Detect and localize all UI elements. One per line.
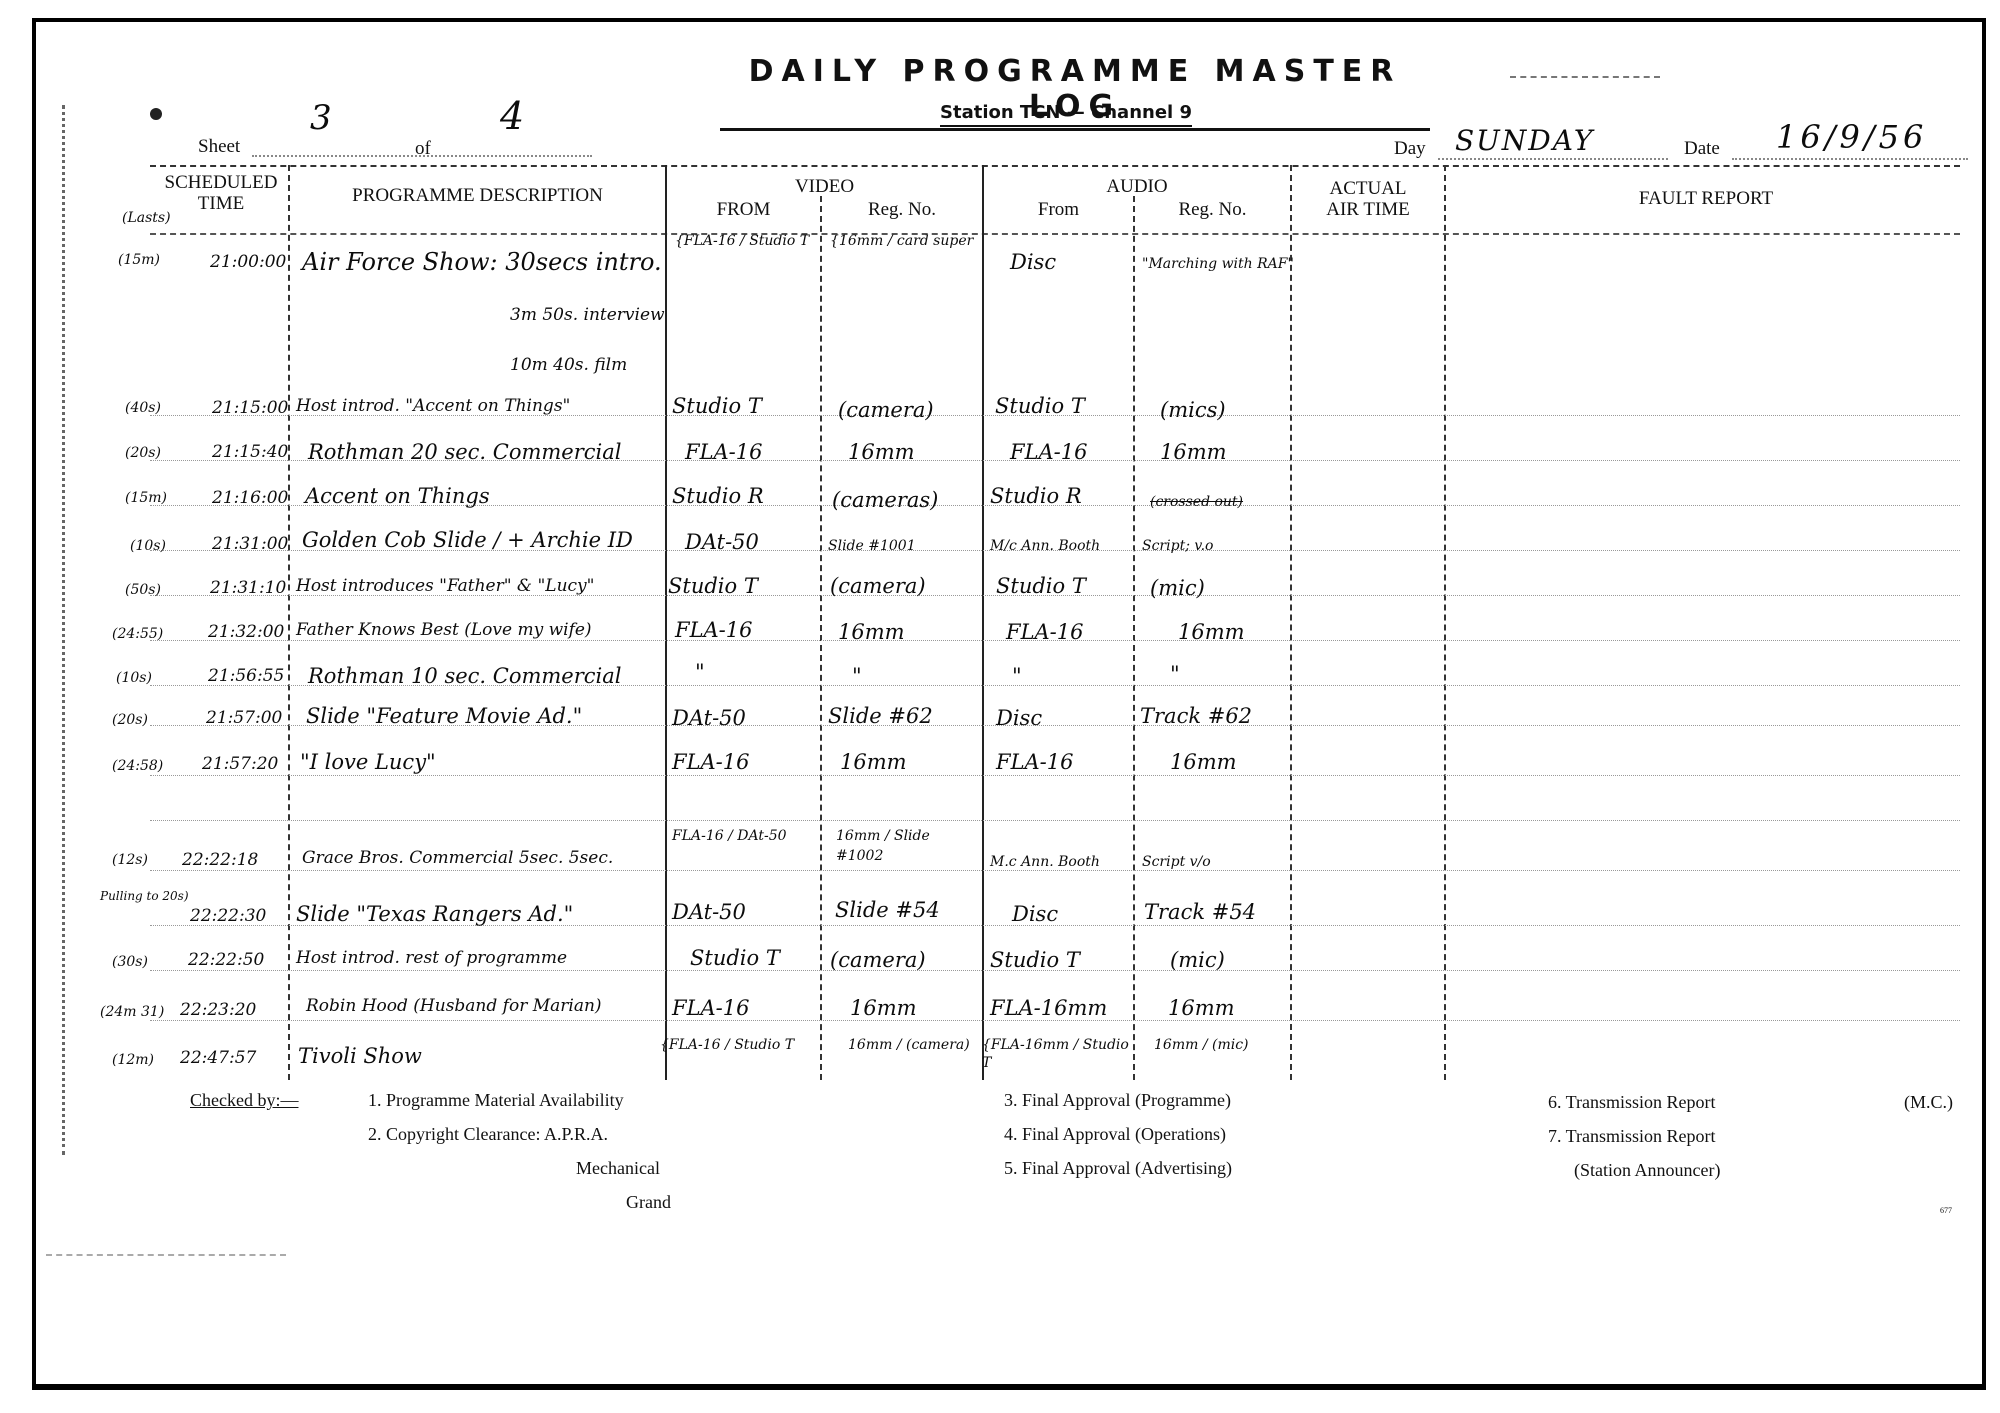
row-audio-from: " (1012, 664, 1022, 688)
row-audio-from: Studio T (990, 948, 1080, 972)
row-time: 21:00:00 (210, 252, 286, 272)
row-description: Tivoli Show (298, 1044, 422, 1068)
row-video-from: {FLA-16 / Studio T (675, 232, 815, 250)
row-video-reg: 16mm (840, 750, 907, 774)
row-audio-reg: Track #54 (1144, 900, 1256, 924)
row-audio-reg: Script; v.o (1142, 538, 1213, 554)
row-time: 21:57:00 (206, 708, 282, 728)
row-time: 21:31:00 (212, 534, 288, 554)
check-item-6: 6. Transmission Report (1548, 1092, 1716, 1113)
row-description: Host introd. rest of programme (296, 948, 567, 968)
row-video-reg: 16mm / (camera) (848, 1036, 978, 1054)
col-divider-time (288, 165, 290, 1080)
row-audio-reg: "Marching with RAF" (1142, 256, 1294, 272)
col-divider-actual (1444, 165, 1446, 1080)
row-audio-from: Studio T (995, 394, 1085, 418)
check-mechanical: Mechanical (576, 1158, 660, 1179)
check-item-1: 1. Programme Material Availability (368, 1090, 624, 1111)
station-subtitle: Station TCN — Channel 9 (940, 102, 1192, 127)
col-divider-video-from (820, 196, 822, 1080)
col-divider-description (665, 165, 667, 1080)
row-description: Rothman 10 sec. Commercial (308, 664, 621, 688)
header-actual-line2: AIR TIME (1292, 199, 1444, 220)
row-duration: (24:58) (112, 758, 163, 774)
row-time: 22:47:57 (180, 1048, 256, 1068)
row-video-from: " (695, 660, 705, 684)
row-audio-from: Studio T (996, 574, 1086, 598)
check-item-5: 5. Final Approval (Advertising) (1004, 1158, 1232, 1179)
row-video-from: Studio T (672, 394, 762, 418)
sheet-label: Sheet (198, 136, 240, 158)
row-audio-reg: 16mm (1160, 440, 1227, 464)
row-description: Golden Cob Slide / + Archie ID (302, 528, 633, 552)
table-top-border (150, 165, 1960, 167)
row-video-reg: (camera) (830, 948, 926, 972)
row-separator (150, 820, 1960, 821)
day-line (1438, 158, 1668, 160)
row-audio-reg: 16mm / (mic) (1154, 1036, 1284, 1054)
header-audio-from: From (984, 199, 1133, 220)
row-audio-from: M.c Ann. Booth (990, 854, 1100, 870)
header-actual-line1: ACTUAL (1292, 178, 1444, 199)
row-video-reg: (camera) (838, 398, 934, 422)
row-time: 21:31:10 (210, 578, 286, 598)
day-label: Day (1394, 138, 1426, 160)
row-description: "I love Lucy" (300, 750, 436, 774)
row-description: Robin Hood (Husband for Marian) (306, 996, 602, 1016)
row-video-from: DAt-50 (672, 900, 746, 924)
row-video-reg: Slide #62 (828, 704, 933, 728)
row-video-from: Studio T (668, 574, 758, 598)
date-line (1732, 158, 1968, 160)
col-divider-audio-from (1133, 196, 1135, 1080)
header-fault-report: FAULT REPORT (1446, 188, 1966, 209)
row-video-reg: {16mm / card super (830, 232, 980, 250)
check-item-4: 4. Final Approval (Operations) (1004, 1124, 1226, 1145)
date-value: 16/9/56 (1776, 118, 1927, 156)
row-video-from: {FLA-16 / Studio T (660, 1036, 810, 1054)
row-description: Slide "Feature Movie Ad." (306, 704, 582, 728)
row-duration: (12s) (112, 852, 148, 868)
row-time: 21:56:55 (208, 666, 284, 686)
row-duration: (24:55) (112, 626, 163, 642)
check-item-3: 3. Final Approval (Programme) (1004, 1090, 1231, 1111)
row-duration: (10s) (116, 670, 152, 686)
table-header-bottom-border (150, 233, 1960, 235)
row-video-from: Studio T (690, 946, 780, 970)
row-audio-from: FLA-16 (1006, 620, 1084, 644)
margin-punch-marks (62, 105, 69, 1155)
row-time: 21:15:00 (212, 398, 288, 418)
row-time: 22:22:50 (188, 950, 264, 970)
row-description: Slide "Texas Rangers Ad." (296, 902, 573, 926)
row-description: Accent on Things (305, 484, 490, 508)
row-audio-reg: (mic) (1150, 576, 1205, 600)
row-description: 3m 50s. interview (510, 305, 665, 325)
row-video-reg: 16mm (848, 440, 915, 464)
duration-header-note: (Lasts) (122, 210, 171, 226)
scribbled-mark (1510, 70, 1660, 78)
row-description: Father Knows Best (Love my wife) (296, 620, 592, 640)
row-audio-reg: Script v/o (1142, 854, 1211, 870)
row-description: Host introd. "Accent on Things" (296, 396, 570, 416)
header-video: VIDEO (667, 176, 982, 197)
row-video-reg: " (852, 664, 862, 688)
row-audio-from: FLA-16mm (990, 996, 1107, 1020)
row-duration: (24m 31) (100, 1004, 164, 1020)
row-duration: (20s) (112, 712, 148, 728)
row-video-reg: 16mm (838, 620, 905, 644)
row-audio-reg: 16mm (1170, 750, 1237, 774)
form-number: 677 (1940, 1206, 1952, 1215)
row-audio-reg: (mics) (1160, 398, 1226, 422)
row-video-from: FLA-16 (672, 750, 750, 774)
row-video-from: FLA-16 / DAt-50 (672, 826, 812, 846)
row-description: Air Force Show: 30secs intro. (302, 248, 662, 276)
row-audio-from: Disc (996, 706, 1042, 730)
row-audio-reg: " (1170, 662, 1180, 686)
row-time: 21:16:00 (212, 488, 288, 508)
ink-blot (150, 108, 162, 120)
row-audio-reg: (crossed out) (1150, 494, 1243, 510)
header-video-from: FROM (667, 199, 820, 220)
check-item-6-suffix: (M.C.) (1904, 1092, 1953, 1113)
checked-by-label: Checked by:— (190, 1090, 298, 1111)
row-video-from: DAt-50 (672, 706, 746, 730)
row-time: 21:57:20 (202, 754, 278, 774)
sheet-total: 4 (500, 94, 524, 138)
row-video-reg: (camera) (830, 574, 926, 598)
sheet-number: 3 (310, 98, 332, 138)
check-grand: Grand (626, 1192, 671, 1213)
row-description: 10m 40s. film (510, 355, 627, 375)
col-divider-audio (1290, 165, 1292, 1080)
row-audio-reg: (mic) (1170, 948, 1225, 972)
row-audio-from: {FLA-16mm / Studio T (982, 1036, 1132, 1072)
day-value: SUNDAY (1455, 124, 1594, 157)
row-video-from: DAt-50 (685, 530, 759, 554)
row-time: 21:32:00 (208, 622, 284, 642)
row-video-reg: 16mm / Slide #1002 (836, 826, 976, 866)
header-scheduled-time: SCHEDULED TIME (155, 172, 287, 214)
row-description: Grace Bros. Commercial 5sec. 5sec. (302, 848, 613, 868)
header-video-reg: Reg. No. (822, 199, 982, 220)
row-audio-reg: 16mm (1178, 620, 1245, 644)
row-audio-from: Disc (1012, 902, 1058, 926)
header-scheduled-line1: SCHEDULED (155, 172, 287, 193)
row-video-reg: Slide #54 (835, 898, 940, 922)
row-duration: Pulling to 20s) (100, 888, 190, 904)
row-description: Host introduces "Father" & "Lucy" (296, 576, 594, 596)
header-actual-air-time: ACTUAL AIR TIME (1292, 178, 1444, 220)
row-audio-from: Studio R (990, 484, 1082, 508)
row-duration: (12m) (112, 1052, 154, 1068)
check-item-2: 2. Copyright Clearance: A.P.R.A. (368, 1124, 608, 1145)
row-video-from: FLA-16 (685, 440, 763, 464)
row-duration: (50s) (125, 582, 161, 598)
row-audio-from: FLA-16 (996, 750, 1074, 774)
row-time: 22:22:18 (182, 850, 258, 870)
row-audio-from: Disc (1010, 250, 1056, 274)
row-time: 22:22:30 (190, 906, 266, 926)
row-video-reg: Slide #1001 (828, 538, 916, 554)
header-audio: AUDIO (984, 176, 1290, 197)
date-label: Date (1684, 138, 1720, 160)
row-audio-from: FLA-16 (1010, 440, 1088, 464)
row-duration: (40s) (125, 400, 161, 416)
row-video-from: Studio R (672, 484, 764, 508)
header-audio-reg: Reg. No. (1135, 199, 1290, 220)
of-label: of (415, 138, 431, 160)
scan-artifact-line (46, 1254, 286, 1256)
row-video-reg: 16mm (850, 996, 917, 1020)
header-programme-description: PROGRAMME DESCRIPTION (290, 185, 665, 206)
row-audio-reg: Track #62 (1140, 704, 1252, 728)
row-separator (150, 1020, 1960, 1021)
check-item-7: 7. Transmission Report (1548, 1126, 1716, 1147)
row-time: 21:15:40 (212, 442, 288, 462)
row-audio-reg: 16mm (1168, 996, 1235, 1020)
row-duration: (15m) (125, 490, 167, 506)
row-duration: (15m) (118, 252, 160, 268)
row-video-from: FLA-16 (672, 996, 750, 1020)
header-scheduled-line2: TIME (155, 193, 287, 214)
row-video-reg: (cameras) (832, 488, 938, 512)
row-separator (150, 775, 1960, 776)
row-duration: (10s) (130, 538, 166, 554)
col-divider-video (982, 165, 984, 1080)
row-separator (150, 870, 1960, 871)
check-item-7-sub: (Station Announcer) (1574, 1160, 1720, 1181)
row-description: Rothman 20 sec. Commercial (308, 440, 621, 464)
row-video-from: FLA-16 (675, 618, 753, 642)
row-audio-from: M/c Ann. Booth (990, 538, 1100, 554)
row-time: 22:23:20 (180, 1000, 256, 1020)
row-duration: (30s) (112, 954, 148, 970)
row-duration: (20s) (125, 445, 161, 461)
